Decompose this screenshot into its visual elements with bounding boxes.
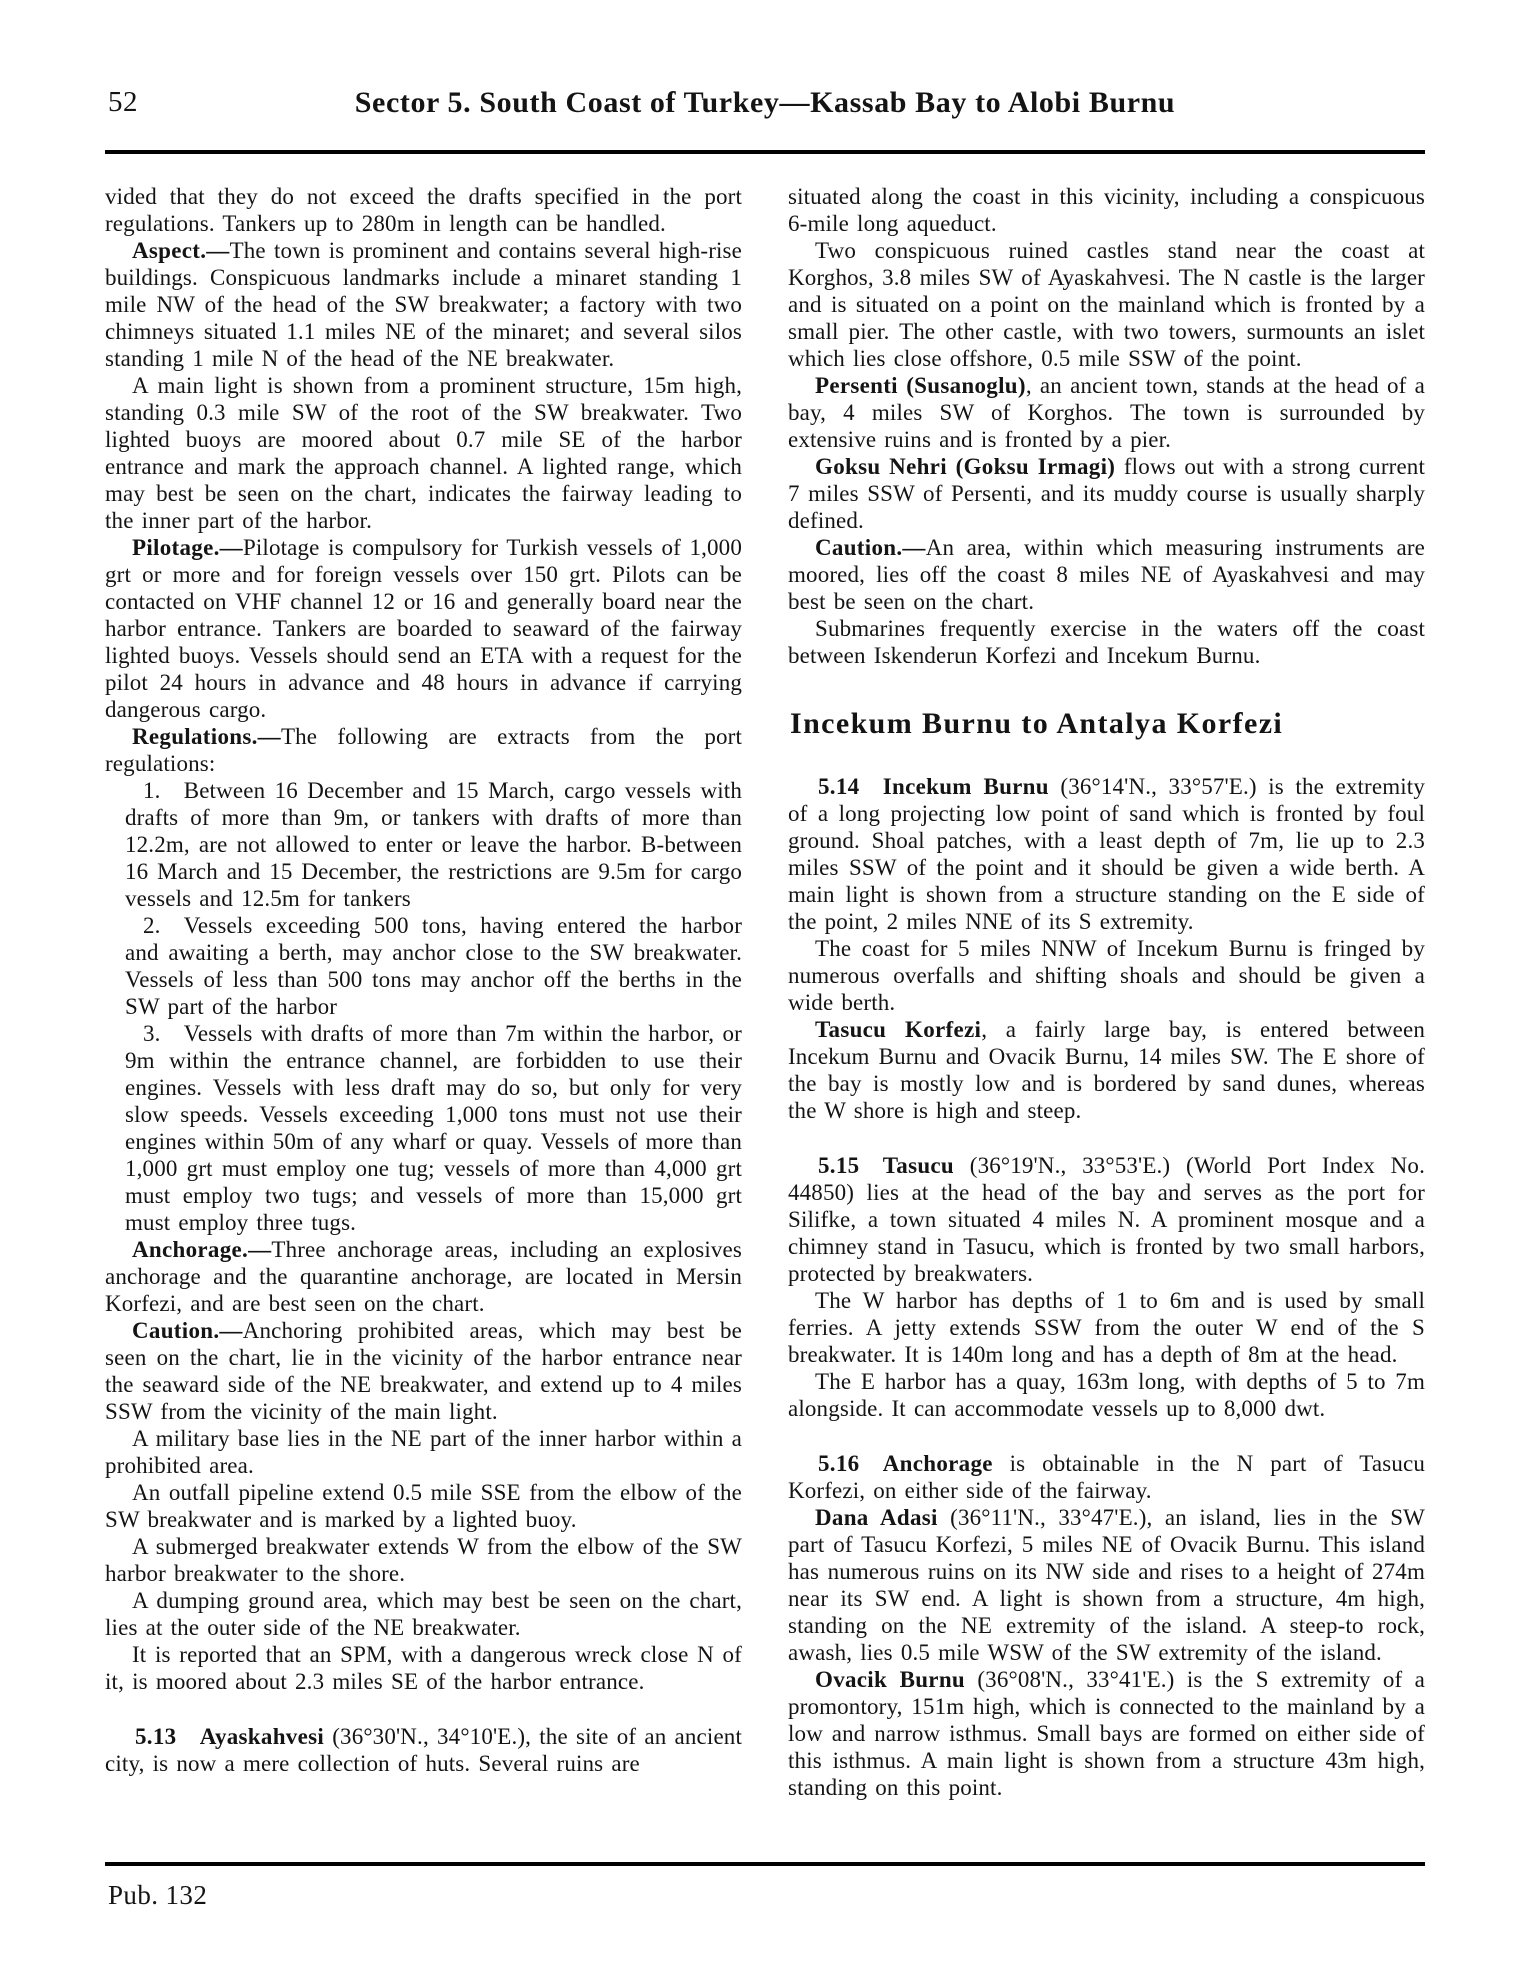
paragraph-lead: 5.13 Ayaskahvesi	[135, 1724, 324, 1749]
paragraph: A military base lies in the NE part of t…	[105, 1425, 742, 1479]
paragraph: Anchorage.—Three anchorage areas, includ…	[105, 1236, 742, 1317]
numbered-paragraph: 5.16 Anchorage is obtainable in the N pa…	[788, 1450, 1425, 1504]
header-rule	[105, 150, 1425, 154]
paragraph: The coast for 5 miles NNW of Incekum Bur…	[788, 935, 1425, 1016]
paragraph: Regulations.—The following are extracts …	[105, 723, 742, 777]
paragraph: Dana Adasi (36°11'N., 33°47'E.), an isla…	[788, 1504, 1425, 1666]
paragraph-lead: Goksu Nehri (Goksu Irmagi)	[815, 454, 1115, 479]
paragraph-text: Two conspicuous ruined castles stand nea…	[788, 238, 1425, 371]
paragraph: Caution.—An area, within which measuring…	[788, 534, 1425, 615]
paragraph: It is reported that an SPM, with a dange…	[105, 1641, 742, 1695]
footer-text: Pub. 132	[108, 1880, 207, 1911]
list-item: 2. Vessels exceeding 500 tons, having en…	[125, 912, 742, 1020]
paragraph-text: A dumping ground area, which may best be…	[105, 1588, 742, 1640]
paragraph-lead: Caution.—	[132, 1318, 243, 1343]
paragraph: Ovacik Burnu (36°08'N., 33°41'E.) is the…	[788, 1666, 1425, 1801]
numbered-paragraph: 5.14 Incekum Burnu (36°14'N., 33°57'E.) …	[788, 773, 1425, 935]
paragraph-lead: Caution.—	[815, 535, 926, 560]
paragraph-text: A military base lies in the NE part of t…	[105, 1426, 742, 1478]
paragraph: vided that they do not exceed the drafts…	[105, 183, 742, 237]
paragraph-lead: Persenti (Susanoglu)	[815, 373, 1026, 398]
paragraph-text: A submerged breakwater extends W from th…	[105, 1534, 742, 1586]
numbered-paragraph: 5.13 Ayaskahvesi (36°30'N., 34°10'E.), t…	[105, 1723, 742, 1777]
paragraph-lead: Dana Adasi	[815, 1505, 938, 1530]
paragraph-text: The W harbor has depths of 1 to 6m and i…	[788, 1288, 1425, 1367]
paragraph-lead: Tasucu Korfezi	[815, 1017, 981, 1042]
left-column: vided that they do not exceed the drafts…	[105, 183, 742, 1801]
paragraph: Tasucu Korfezi, a fairly large bay, is e…	[788, 1016, 1425, 1124]
footer-rule	[105, 1862, 1425, 1866]
paragraph: The W harbor has depths of 1 to 6m and i…	[788, 1287, 1425, 1368]
paragraph-lead: 5.16 Anchorage	[818, 1451, 993, 1476]
section-heading: Incekum Burnu to Antalya Korfezi	[790, 707, 1425, 741]
paragraph-text: 3. Vessels with drafts of more than 7m w…	[125, 1021, 742, 1235]
paragraph-text: The E harbor has a quay, 163m long, with…	[788, 1369, 1425, 1421]
page-content: vided that they do not exceed the drafts…	[105, 183, 1425, 1801]
paragraph-text: The coast for 5 miles NNW of Incekum Bur…	[788, 936, 1425, 1015]
paragraph: situated along the coast in this vicinit…	[788, 183, 1425, 237]
list-item: 1. Between 16 December and 15 March, car…	[125, 777, 742, 912]
paragraph-lead: Ovacik Burnu	[815, 1667, 965, 1692]
paragraph-text: 2. Vessels exceeding 500 tons, having en…	[125, 913, 742, 1019]
paragraph-text: An outfall pipeline extend 0.5 mile SSE …	[105, 1480, 742, 1532]
paragraph: Two conspicuous ruined castles stand nea…	[788, 237, 1425, 372]
paragraph: The E harbor has a quay, 163m long, with…	[788, 1368, 1425, 1422]
paragraph-lead: Regulations.—	[132, 724, 281, 749]
list-item: 3. Vessels with drafts of more than 7m w…	[125, 1020, 742, 1236]
paragraph-text: situated along the coast in this vicinit…	[788, 184, 1425, 236]
paragraph: Persenti (Susanoglu), an ancient town, s…	[788, 372, 1425, 453]
paragraph-lead: Anchorage.—	[132, 1237, 271, 1262]
paragraph-lead: Pilotage.—	[132, 535, 243, 560]
paragraph-lead: 5.15 Tasucu	[818, 1153, 954, 1178]
paragraph-text: Pilotage is compulsory for Turkish vesse…	[105, 535, 742, 722]
page-header: 52 Sector 5. South Coast of Turkey—Kassa…	[105, 86, 1425, 130]
paragraph-text: Submarines frequently exercise in the wa…	[788, 616, 1425, 668]
paragraph: Pilotage.—Pilotage is compulsory for Tur…	[105, 534, 742, 723]
paragraph-text: vided that they do not exceed the drafts…	[105, 184, 742, 236]
paragraph-text: It is reported that an SPM, with a dange…	[105, 1642, 742, 1694]
header-title: Sector 5. South Coast of Turkey—Kassab B…	[105, 86, 1425, 120]
document-page: 52 Sector 5. South Coast of Turkey—Kassa…	[0, 0, 1530, 1980]
paragraph-lead: Aspect.—	[132, 238, 230, 263]
paragraph-text: 1. Between 16 December and 15 March, car…	[125, 778, 742, 911]
paragraph: Submarines frequently exercise in the wa…	[788, 615, 1425, 669]
paragraph: An outfall pipeline extend 0.5 mile SSE …	[105, 1479, 742, 1533]
paragraph-text: A main light is shown from a prominent s…	[105, 373, 742, 533]
paragraph: Aspect.—The town is prominent and contai…	[105, 237, 742, 372]
paragraph: Caution.—Anchoring prohibited areas, whi…	[105, 1317, 742, 1425]
paragraph: A dumping ground area, which may best be…	[105, 1587, 742, 1641]
paragraph: Goksu Nehri (Goksu Irmagi) flows out wit…	[788, 453, 1425, 534]
paragraph-lead: 5.14 Incekum Burnu	[818, 774, 1049, 799]
numbered-paragraph: 5.15 Tasucu (36°19'N., 33°53'E.) (World …	[788, 1152, 1425, 1287]
paragraph: A main light is shown from a prominent s…	[105, 372, 742, 534]
right-column: situated along the coast in this vicinit…	[788, 183, 1425, 1801]
paragraph: A submerged breakwater extends W from th…	[105, 1533, 742, 1587]
